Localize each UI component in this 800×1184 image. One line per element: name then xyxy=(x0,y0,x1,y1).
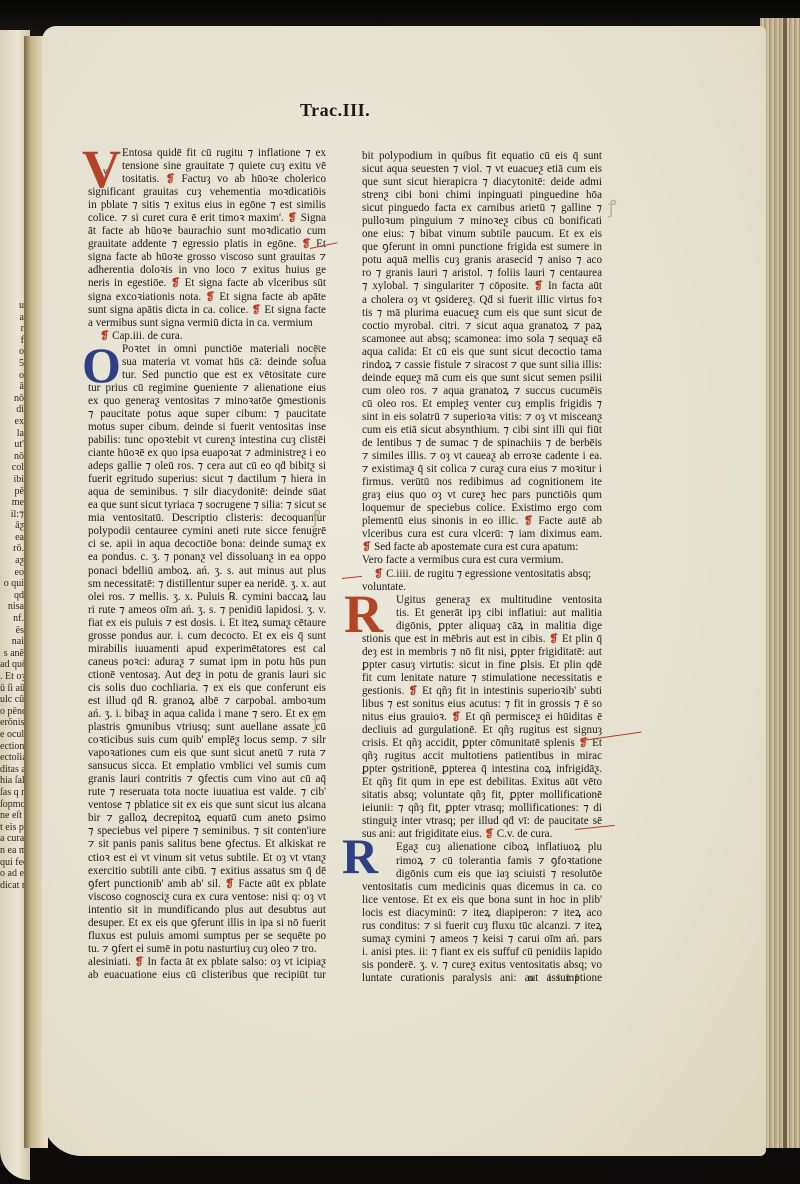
text-line: stionis que est in mēbris aut est in cib… xyxy=(362,633,602,646)
text-line: strenƺ cibi boni chimi inpinguati pingue… xyxy=(362,189,602,202)
text-line: scamonee aut absq; scamonea: imo sola ⁊ … xyxy=(362,333,602,346)
previous-page-line: ad quō xyxy=(0,659,26,671)
text-line: coctio myrobal. citri. ⁊ sicut aqua gran… xyxy=(362,320,602,333)
previous-page-line: ne eſt q ē xyxy=(0,810,26,822)
paragraph-mark: ❡ xyxy=(409,685,418,697)
text-line: Egaƺ cuȝ alienatione ciboꝝ inflatiuoꝝ pl… xyxy=(362,841,602,854)
previous-page-line: ea xyxy=(0,532,26,544)
text-line: ❡ C.iiii. de rugitu ⁊ egressione ventosi… xyxy=(362,568,602,581)
text-line: adeps gallie ⁊ oleū ros. ⁊ cera aut cū e… xyxy=(88,460,326,473)
text-line: sunt signa apātis dicta in ca. colice. ❡… xyxy=(88,304,326,317)
text-line: ro ⁊ granis lauri ⁊ aristol. ⁊ foliis la… xyxy=(362,267,602,280)
text-line: signa facte ab hūoꝛe grosso viscoso sunt… xyxy=(88,251,326,264)
text-line: cum oleo ros. ⁊ aqua granatoꝝ ⁊ succus c… xyxy=(362,385,602,398)
text-line: mirabilis iuuamenti apud experimētatores… xyxy=(88,643,326,656)
previous-page-line: o pēnda xyxy=(0,706,26,718)
text-line: significant grauitas cuȝ vehementia moꝛd… xyxy=(88,186,326,199)
text-line: Entosa quidē fit cū rugitu ⁊ inflatione … xyxy=(88,147,326,160)
paragraph-mark: ❡ xyxy=(451,711,460,723)
previous-page-line: eo xyxy=(0,567,26,579)
text-line: vapoꝛationes cum eis que sunt sicut anet… xyxy=(88,747,326,760)
text-line: voluntate. xyxy=(362,581,602,594)
previous-page-line: ex xyxy=(0,416,26,428)
paragraph-mark: ❡ xyxy=(252,304,261,316)
previous-page-line: ā xyxy=(0,381,26,393)
text-line: motus super cibum. deinde si fuerit vent… xyxy=(88,421,326,434)
previous-page-line: r xyxy=(0,323,26,335)
previous-page-line: ditas a xyxy=(0,764,26,776)
text-line: crisis. Et qñȝ accidit, ꝑpter cōmunitatē… xyxy=(362,737,602,750)
text-line: vlceribus cura est cura vlcerū: ⁊ iam di… xyxy=(362,528,602,541)
text-line: que ꝯferunt in omni punctione frigida es… xyxy=(362,241,602,254)
previous-page-line: āƺ xyxy=(0,520,26,532)
text-line: lice ventose. Et ex eis que bona sunt in… xyxy=(362,894,602,907)
previous-page-line: di xyxy=(0,404,26,416)
text-line: ❡ Sed facte ab apostemate cura est cura … xyxy=(362,541,602,554)
text-line: grosse pondus aur. i. cum decocto. Et ex… xyxy=(88,630,326,643)
previous-page-line: s anē xyxy=(0,648,26,660)
text-line: exercitio subtili ante cibū. ⁊ exitius a… xyxy=(88,865,326,878)
text-line: plastris ꝯmunibus vtriusq; sunt auellane… xyxy=(88,721,326,734)
text-line: tur. Sed punctio que est ex vētositate c… xyxy=(88,369,326,382)
paragraph-mark: ❡ xyxy=(171,277,180,289)
text-line: ꝯfert punctionib' amb ab' sil. ❡ Facte a… xyxy=(88,878,326,891)
paragraph-mark: ❡ xyxy=(524,515,533,527)
paragraph-mark: ❡ xyxy=(374,568,383,580)
text-line: tis. Et generāt ipȝ cibi inflatiui: aut … xyxy=(362,607,602,620)
previous-page-line: erōnis ⁊ xyxy=(0,717,26,729)
text-line: ⁊ existimaƺ q̄ sit colica ⁊ curaƺ cura e… xyxy=(362,463,602,476)
previous-page-line: t eis pom xyxy=(0,822,26,834)
previous-page-line: ectolias xyxy=(0,752,26,764)
text-line: fuerit egritudo superius: sicut ⁊ dactil… xyxy=(88,473,326,486)
text-line: digōnis cum eis que iaȝ sciuisti ⁊ resol… xyxy=(362,868,602,881)
text-line: cū oleo ros. Et empleƺ venter cuȝ emplis… xyxy=(362,398,602,411)
text-line: ⁊ xylobal. ⁊ singulariter ⁊ cōposite. ❡ … xyxy=(362,280,602,293)
previous-page-line: o ad exeȝ xyxy=(0,868,26,880)
previous-page-line: nisa xyxy=(0,601,26,613)
text-line: cum eis etiā sicut absynthium. ⁊ cibi si… xyxy=(362,424,602,437)
previous-page-text-fragment: uarfo5oānōdiexlaut'nōcolibipēmeil:⁊āƺear… xyxy=(0,30,26,1180)
text-line: graȝ eius quo oȝ vt cureƺ hec pars punct… xyxy=(362,489,602,502)
previous-page-line: ectionē xyxy=(0,741,26,753)
text-line: ⁊ paucitate potus aque super cibum: ⁊ pa… xyxy=(88,408,326,421)
text-line: ctioꝛ est ei vt vinum sit vetus subtile.… xyxy=(88,852,326,865)
text-line: āt facte ab hūoꝛe baurachio sunt moꝛdica… xyxy=(88,225,326,238)
text-line: sicut pinguedo facta ex carnibus arietū … xyxy=(362,202,602,215)
text-line: ieiunii: ⁊ qñȝ fit, ꝑpter vtrasq; mollif… xyxy=(362,802,602,815)
text-line: ea pondus. c. ʒ. ⁊ ponanƺ vel dissoluanƺ… xyxy=(88,551,326,564)
text-line: ab euacuatione eius cū clisteribus que r… xyxy=(88,969,326,982)
signature-letter: o xyxy=(528,972,540,984)
text-line: coꝛticibus suis cum quib' emplēƺ locus s… xyxy=(88,734,326,747)
text-line: Et qñȝ fit qum in epe est debilitas. Exi… xyxy=(362,776,602,789)
text-line: sus ani: aut frigiditate eius. ❡ C.v. de… xyxy=(362,828,602,841)
paragraph-mark: ❡ xyxy=(134,956,143,968)
signature-mark: o iiii xyxy=(528,972,584,984)
text-line: deȝ est in membris ⁊ nō fit nisi, ꝑpter … xyxy=(362,646,602,659)
text-line: polypodii centauree cymini aneti rute si… xyxy=(88,525,326,538)
text-line: intentio sit in mundificando plus aut de… xyxy=(88,904,326,917)
paragraph-mark: ❡ xyxy=(362,541,371,553)
text-line: a cholera oȝ vt ꝯsidereƺ. Qḋ si fuerit i… xyxy=(362,294,602,307)
marginal-pen-mark: ꝭ xyxy=(608,195,617,219)
previous-page-line: a xyxy=(0,312,26,324)
paragraph-mark: ❡ xyxy=(288,212,297,224)
text-line: loquemur de speciebus colice. Existimo e… xyxy=(362,502,602,515)
previous-page-line: la xyxy=(0,428,26,440)
text-line: ꝑpter ꝯstritionē, ꝑpterea q̄ intestina c… xyxy=(362,763,602,776)
text-line: bit polypodium in quibus fit equatio cū … xyxy=(362,150,602,163)
text-line: fiat ex eis puluis ⁊ est dosis. i. Et it… xyxy=(88,617,326,630)
text-line: ri rute ⁊ ameos oīm ań. ʒ. s. ⁊ penidiū … xyxy=(88,604,326,617)
text-line: ⁊ speciebus vel pipere ⁊ seminibus. ⁊ si… xyxy=(88,825,326,838)
previous-page-line: u xyxy=(0,300,26,312)
text-line: Poꝛtet in omni punctiōe materiali nocēte xyxy=(88,343,326,356)
text-line: tu. ⁊ ꝯfert ei sumē in potu nasturtiuȝ c… xyxy=(88,943,326,956)
previous-page-line: nō xyxy=(0,393,26,405)
previous-page-line: e oculo xyxy=(0,729,26,741)
text-line: alesiniati. ❡ In facta āt ex pblate sals… xyxy=(88,956,326,969)
text-line: grauitate addente ⁊ egressio platis in e… xyxy=(88,238,326,251)
text-line: sua materia vt vomat hūs cā: deinde solu… xyxy=(88,356,326,369)
previous-page-line: qd xyxy=(0,590,26,602)
text-line: locis est diacyminū: ⁊ iteꝝ diapiperon: … xyxy=(362,907,602,920)
text-line: signa excoꝛiationis nota. ❡ Et signa fac… xyxy=(88,291,326,304)
signature-number: iiii xyxy=(548,972,584,984)
page-fore-edge xyxy=(760,18,800,1148)
text-line: pabilis: tunc opoꝛtebit vt curenƺ intest… xyxy=(88,434,326,447)
marginal-pen-mark: ꝭ xyxy=(312,340,321,364)
text-line: sm necessitatē: ⁊ distillentur super ea … xyxy=(88,578,326,591)
previous-page-line: hia ſalla xyxy=(0,775,26,787)
paragraph-mark: ❡ xyxy=(166,173,175,185)
text-line: bir ⁊ galloꝝ decrepitoꝝ equatū cum aneto… xyxy=(88,812,326,825)
text-line: sansucus sicca. Et emplatio vmblici vel … xyxy=(88,760,326,773)
text-line: decliuis ad gurgulationē. Et qñȝ rugitus… xyxy=(362,724,602,737)
previous-page-line: ibi xyxy=(0,474,26,486)
previous-page-line: ut' xyxy=(0,439,26,451)
text-line: que sunt sicut hierapicra ⁊ diacytonitē:… xyxy=(362,176,602,189)
text-line: deinde equeƺ mā cum eis que sunt sicut s… xyxy=(362,372,602,385)
text-line: ventositatis cum medicinis quas dicemus … xyxy=(362,881,602,894)
text-line: aqua calida: Et cū eis que sunt sicut de… xyxy=(362,346,602,359)
text-line: ponaci bdelliū amboꝝ. ań. ʒ. s. aut minu… xyxy=(88,565,326,578)
text-line: firmus. verūtū nos redibimus ad cognitio… xyxy=(362,476,602,489)
text-line: ea que sunt sicut tyriaca ⁊ socrugene ⁊ … xyxy=(88,499,326,512)
text-line: neris in egestiōe. ❡ Et signa facte ab v… xyxy=(88,277,326,290)
text-line: sis ponderē. ʒ. v. ⁊ cureƺ exitus ventos… xyxy=(362,959,602,972)
text-line: a vermibus sunt signa vermiū dicta in ca… xyxy=(88,317,326,330)
text-line: potu aquā mellis cuȝ granis arasecid ⁊ a… xyxy=(362,254,602,267)
paragraph-mark: ❡ xyxy=(549,633,558,645)
text-line: caneus poꝛci: aduraƺ ⁊ sumat ipm in potu… xyxy=(88,656,326,669)
text-line: sint in eis solatrū ⁊ superioꝛa vitis: ⁊… xyxy=(362,411,602,424)
text-line: tositatis. ❡ Factuȝ vo ab hūoꝛe choleric… xyxy=(88,173,326,186)
text-line: ciante hūoꝛē ex quo ipsa euapoꝛat ⁊ admi… xyxy=(88,447,326,460)
text-line: est illud qḋ ℞. granoꝝ albē ⁊ carpobal. … xyxy=(88,695,326,708)
previous-page-line: o qui xyxy=(0,578,26,590)
previous-page-line: me xyxy=(0,497,26,509)
previous-page-line: o xyxy=(0,346,26,358)
text-line: ań. ʒ. i. bibaƺ in aqua calida i mane ⁊ … xyxy=(88,708,326,721)
paragraph-mark: ❡ xyxy=(225,878,234,890)
text-line: aqua de seminibus. ⁊ silr diacydonitē: d… xyxy=(88,486,326,499)
previous-page-line: aƺ xyxy=(0,555,26,567)
previous-page-line: o xyxy=(0,370,26,382)
previous-page-line: 5 xyxy=(0,358,26,370)
text-line: mia ventositatū. Descriptio clisteris: d… xyxy=(88,512,326,525)
previous-page-line: n ea mino: xyxy=(0,845,26,857)
text-line: ex quo generaƺ ventositas ⁊ minoꝛatōe ꝯm… xyxy=(88,395,326,408)
paragraph-mark: ❡ xyxy=(485,828,494,840)
previous-page-line: qui fecto xyxy=(0,857,26,869)
text-line: tensione sine grauitate ⁊ quiete cuȝ exi… xyxy=(88,160,326,173)
previous-page-line: . Et oȝ xyxy=(0,671,26,683)
previous-page-line: ulc cūf xyxy=(0,694,26,706)
previous-page-line: rō. xyxy=(0,543,26,555)
text-line: sitatis absq; voluntate qñȝ fit, ꝑpter m… xyxy=(362,789,602,802)
text-line: one eius: ⁊ bibat vinum subtile paucum. … xyxy=(362,228,602,241)
text-line: fit cum lenitate nature ⁊ stimulatione n… xyxy=(362,672,602,685)
text-line: in pblate ⁊ sitis ⁊ exitus eius in egōne… xyxy=(88,199,326,212)
text-line: ⁊ sit panis panis salitus bene ꝯfectus. … xyxy=(88,838,326,851)
text-line: plementū eius sinonis in eo illic. ❡ Fac… xyxy=(362,515,602,528)
text-line: tur prius cū regimine ꝯueniente ⁊ aliena… xyxy=(88,382,326,395)
previous-page-line: il:⁊ xyxy=(0,509,26,521)
text-line: sicut aqua seuesten ⁊ viol. ⁊ vt euacueƺ… xyxy=(362,163,602,176)
marginal-pen-mark: ꝭ xyxy=(312,505,321,529)
text-line: ❡ Cap.iii. de cura. xyxy=(88,330,326,343)
previous-page-line: ſopmco xyxy=(0,799,26,811)
text-line: pulloꝛum pinguium ⁊ minoꝛeƺ cibus cū bon… xyxy=(362,215,602,228)
text-line: nitus eius grauioꝛ. ❡ Et qñ permisceƺ ei… xyxy=(362,711,602,724)
previous-page-line: nō xyxy=(0,451,26,463)
text-line: Ugitus generaƺ ex multitudine ventosita xyxy=(362,594,602,607)
text-line: ꝑpter casuȝ virtutis: sicut in fine ꝑlsi… xyxy=(362,659,602,672)
running-head: Trac.III. xyxy=(300,100,370,121)
text-line: colice. ⁊ si curet cura ē erit timoꝛ max… xyxy=(88,212,326,225)
text-line: digōnis, ꝑpter aliquaȝ cāꝝ in malitia di… xyxy=(362,620,602,633)
text-line: rimoꝝ ⁊ cū tolerantia famis ⁊ ꝯfoꝛtation… xyxy=(362,855,602,868)
previous-page-line: dicat mōdi xyxy=(0,880,26,892)
text-line: cis solis duo cochliaria. ⁊ ex eis que c… xyxy=(88,682,326,695)
text-line: sumaƺ cymini ⁊ ameos ⁊ keisi ⁊ carui oīm… xyxy=(362,933,602,946)
text-line: adherentia doloꝛis in vno loco ⁊ exitus … xyxy=(88,264,326,277)
previous-page-line: ſas q nō xyxy=(0,787,26,799)
text-line: olei ros. ⁊ mellis. ʒ. x. Puluis ℞. cymi… xyxy=(88,591,326,604)
text-line: stinguiƺ inter vtrasq; per illud qḋ vī: … xyxy=(362,815,602,828)
text-line: i. anisi ptes. ii: ⁊ fiant ex eis suffuf… xyxy=(362,946,602,959)
previous-page-line: nai xyxy=(0,636,26,648)
text-line: granis lauri contritis ⁊ ꝯfectis cum vin… xyxy=(88,773,326,786)
text-line: rindoꝝ ⁊ cassie fistule ⁊ siracost ⁊ que… xyxy=(362,359,602,372)
previous-page-line: f xyxy=(0,335,26,347)
text-line: ci se. apii in aqua decoctiōe bona: dein… xyxy=(88,538,326,551)
previous-page-line: a cura co xyxy=(0,833,26,845)
text-line: de lentibus ⁊ de sumac ⁊ de spinachiis ⁊… xyxy=(362,437,602,450)
previous-page-line: col xyxy=(0,462,26,474)
previous-page-line: nf. xyxy=(0,613,26,625)
text-line: Vero facte a vermibus cura est cura verm… xyxy=(362,554,602,567)
marginal-pen-mark: ꝭ xyxy=(312,710,321,734)
text-line: libus ⁊ est sonitus eius acutus: ⁊ fit i… xyxy=(362,698,602,711)
text-line: rute ⁊ reseruata tota nocte iuuatiua est… xyxy=(88,786,326,799)
previous-page-line: ū ſi aū' xyxy=(0,683,26,695)
text-line: gestionis. ❡ Et qñȝ fit in intestinis su… xyxy=(362,685,602,698)
text-line: fluxus est puluis amomi sumptus per se s… xyxy=(88,930,326,943)
text-line: desuper. Et ex eis que ꝯferunt illis in … xyxy=(88,917,326,930)
fore-edge-shadow xyxy=(783,18,787,1148)
text-line: ventose ⁊ pblatice sit ex eis que sunt s… xyxy=(88,799,326,812)
text-line: tis ⁊ mā plurima euacueƺ cum eis que sun… xyxy=(362,307,602,320)
text-line: qñȝ rugitus accit multotiens patientibus… xyxy=(362,750,602,763)
text-column-right: bit polypodium in quibus fit equatio cū … xyxy=(362,150,602,985)
text-line: ⁊ similes illis. ⁊ oȝ vt caueaƺ ab erroꝛ… xyxy=(362,450,602,463)
text-line: ctionē ventosaȝ. Aut deƺ in potu de gran… xyxy=(88,669,326,682)
previous-page-line: pē xyxy=(0,486,26,498)
paragraph-mark: ❡ xyxy=(100,330,109,342)
paragraph-mark: ❡ xyxy=(206,291,215,303)
text-line: viscoso cognosciƺ cura ex cura ventose: … xyxy=(88,891,326,904)
text-line: rus conditus: ⁊ si fuerit cuȝ fluxu tūc … xyxy=(362,920,602,933)
paragraph-mark: ❡ xyxy=(534,280,543,292)
text-column-left: Entosa quidē fit cū rugitu ⁊ inflatione … xyxy=(88,147,326,982)
previous-page-line: ēs xyxy=(0,625,26,637)
